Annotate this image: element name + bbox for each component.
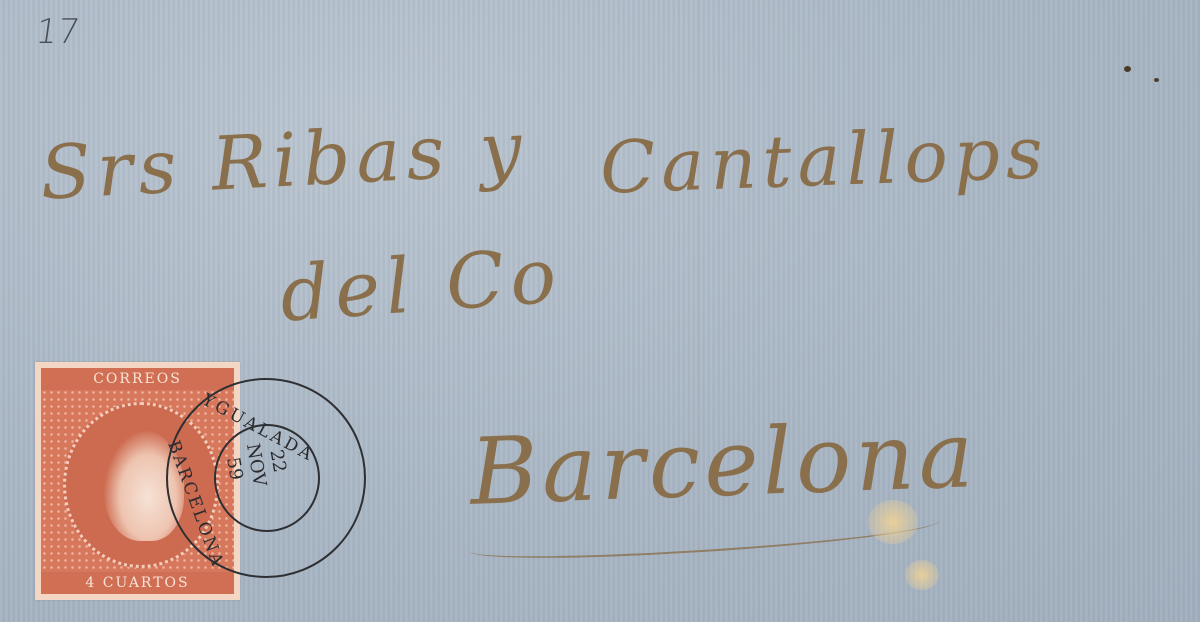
paper-stain <box>868 500 918 544</box>
ink-spot <box>1124 66 1131 72</box>
postmark: YGUALADA BARCELONA 22 NOV 59 <box>166 378 366 578</box>
address-line-1b: Cantallops <box>599 110 1050 210</box>
address-line-2: del Co <box>277 230 565 338</box>
pencil-note: 17 <box>33 12 82 52</box>
postal-cover: 17 Srs Ribas y Cantallops del Co Barcelo… <box>0 0 1200 622</box>
stamp-bottom-label: 4 CUARTOS <box>41 572 234 594</box>
ink-spot <box>1154 78 1159 82</box>
paper-stain <box>905 560 939 590</box>
stamp-top-label: CORREOS <box>41 368 234 390</box>
address-line-1a: Srs Ribas y <box>38 105 530 216</box>
